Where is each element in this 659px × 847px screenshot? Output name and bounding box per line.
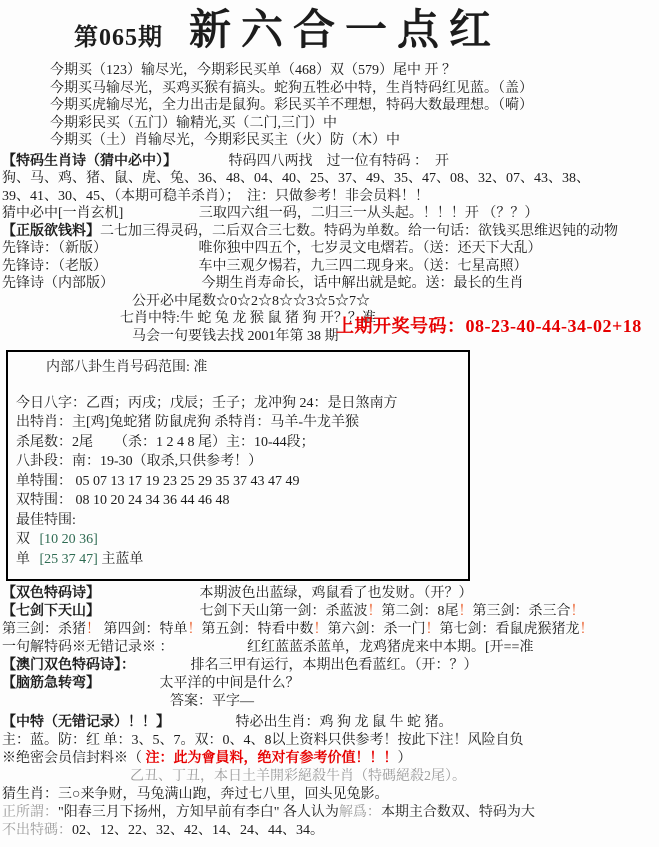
box-dan-row: 单 [25 37 47] 主蓝单 [16,550,464,570]
dan-numbers: [25 37 47] [40,552,98,567]
intro-line: 今期买虎输尽光，全力出击是鼠狗。彩民买羊不理想，特码大数最理想。（嗬） [2,97,655,115]
page-title: 新六合一点红 [189,10,501,52]
aomen-text: 排名三甲有运行，本期出色看蓝红。（开：？） [191,658,478,673]
zhengsuowei-text: "阳春三月下扬州，方知早前有李白" 各人认为 [58,805,339,820]
shengxiao-numbers-line2: 39、41、30、45、（本期可稳羊杀肖）； 注：只做参考！非会员料！！ [2,188,655,206]
buchu-line: 不出特碼：02、12、22、32、42、14、24、44、34。 [2,822,655,840]
xianfeng-label: 先锋诗（内部版） [2,276,114,291]
xianfeng-text: 车中三观夕惕若，九三四二现身来。（送：七星高照） [199,259,528,274]
qijian-seg: 第三剑：杀猪 [2,622,86,637]
intro-line: 今期彩民买（五门）输精光,买（二门,三门）中 [2,115,655,133]
box-zuijia: 最佳特围: [16,511,464,531]
qijian-seg: 第五剑：特看中数 [202,622,314,637]
qijian-line2: 第三剑：杀猪！ 第四剑：特单！第五剑：特看中数！第六剑：杀一门！第七剑：看鼠虎猴… [2,621,655,639]
section-header: 【双色特码诗】 [2,586,100,601]
issue-number: 第065期 [74,17,163,52]
box-baguaduan: 八卦段：南：19-30（取杀,只供参考！） [16,452,464,472]
huiyuan-note: 注：此为會員料，绝对有参考价值！！！ [146,751,398,766]
aomen-line: 【澳门双色特码诗】： 排名三甲有运行，本期出色看蓝红。（开：？） [2,657,655,675]
shuang-numbers: [10 20 36] [40,532,98,547]
zhu-line: 主：蓝。防：红 单：3、5、7。双：0、4、8以上资料只供参考！按此下注！风险自… [2,732,655,750]
box-bazi: 今日八字：乙酉；丙戌；戊辰；壬子；龙冲狗 24：是日煞南方 [16,394,464,414]
jiewei-label: 解爲： [339,805,381,820]
qijian-seg: 第三剑：杀三合 [473,604,571,619]
naojin-answer: 答案：平字— [2,693,655,711]
yuqian-text: 二七加三得灵码，二后双合三七数。特码为单数。给一句话：欲钱买思维迟钝的动物 [100,224,618,239]
xianfeng-label: 先锋诗：（新版） [2,241,107,256]
section-header: 【澳门双色特码诗】： [2,658,135,673]
box-title: 内部八卦生肖号码范围: 准 [16,358,464,378]
excl-mark: ！ [314,622,328,637]
shuangse-line: 【双色特码诗】 本期波色出蓝绿，鸡鼠看了也发财。（开？） [2,585,655,603]
section-header: 【特码生肖诗（猜中必中）】 [2,154,177,169]
excl-mark: ！ [426,622,440,637]
yijujie-label: 一句解特码※无错记录※ ： [2,640,174,655]
buchu-numbers: 02、12、22、32、42、14、24、44、34。 [72,823,324,838]
dan-label: 单 [16,552,30,567]
qijian-line1: 【七剑下天山】 七剑下天山第一剑：杀蓝波！第二剑：8尾！第三剑：杀三合！ [2,603,655,621]
zhengsuowei-line: 正所謂："阳春三月下扬州，方知早前有李白" 各人认为解爲：本期主合数双、特码为大 [2,804,655,822]
excl-mark: ！ [571,604,585,619]
excl-mark: ！ [368,604,382,619]
xianfeng-line: 先锋诗：（新版） 唯你独中四五个，七岁灵文电熠若。（送：还天下大乱） [2,240,655,258]
shengxiao-header-line: 【特码生肖诗（猜中必中）】 特码四八两找 过一位有特码 ： 开 [2,153,655,171]
zhongte-text: 特必出生肖：鸡 狗 龙 鼠 牛 蛇 猪。 [236,715,453,730]
xianfeng-text: 唯你独中四五个，七岁灵文电熠若。（送：还天下大乱） [199,241,542,256]
xianfeng-line: 先锋诗：（老版） 车中三观夕惕若，九三四二现身来。（送：七星高照） [2,258,655,276]
section-header: 【中特（无错记录）！！】 [2,715,170,730]
box-shuangtewei: 双特围： 08 10 20 24 34 36 44 46 48 [16,491,464,511]
yixiao-label: 猜中必中[一肖玄机] [2,206,123,221]
tip-sheet-page: 第065期 新六合一点红 今期买（123）输尽光，今期彩民买单（468）双（57… [0,0,659,840]
shengxiao-numbers-line1: 狗、马、鸡、猪、鼠、虎、兔、36、48、04、40、25、37、49、35、47… [2,170,655,188]
qijian-seg: 第四剑：特单 [100,622,188,637]
yichou-line: 乙丑、丁丑，本日土羊開彩絕殺牛肖（特碼絕殺2尾）。 [2,768,655,786]
qijian-seg: 第七剑：看鼠虎猴猪龙 [440,622,580,637]
xianfeng-text: 今期生肖寿命长，话中解出就是蛇。送：最长的生肖 [202,276,524,291]
intro-line: 今期买马输尽光，买鸡买猴有搞头。蛇狗五牲必中特，生肖特码红见蓝。（盖） [2,80,655,98]
box-dantewei: 单特围： 05 07 13 17 19 23 25 29 35 37 43 47… [16,472,464,492]
weishu-line: 公开必中尾数☆0☆2☆8☆☆3☆5☆7☆ [2,293,655,311]
zhengsuowei-label: 正所謂： [2,805,58,820]
naojin-question: 太平洋的中间是什么？ [160,676,300,691]
yijujie-text: 红红蓝蓝杀蓝单，龙鸡猪虎来中本期。[开==准 [247,640,533,655]
bagua-box: 内部八卦生肖号码范围: 准 今日八字：乙酉；丙戌；戊辰；壬子；龙冲狗 24：是日… [6,350,470,581]
yixiao-line: 猜中必中[一肖玄机] 三取四六组一码，二归三一从头起。！！！开 （？？） [2,205,655,223]
xianfeng-label: 先锋诗：（老版） [2,259,107,274]
excl-mark: ！ [188,622,202,637]
section-header: 【正版欲钱料】 [2,224,100,239]
huiyuan-prefix: ※绝密会员信封料※（ [2,751,146,766]
box-shaweishu: 杀尾数：2尾 （杀：1 2 4 8 尾）主：10-44段； [16,433,464,453]
yuqian-line: 【正版欲钱料】二七加三得灵码，二后双合三七数。特码为单数。给一句话：欲钱买思维迟… [2,223,655,241]
lower-sections: 【双色特码诗】 本期波色出蓝绿，鸡鼠看了也发财。（开？） 【七剑下天山】 七剑下… [2,585,655,840]
xianfeng-line: 先锋诗（内部版） 今期生肖寿命长，话中解出就是蛇。送：最长的生肖 [2,275,655,293]
intro-line: 今期买（123）输尽光，今期彩民买单（468）双（579）尾中 开 ？ [2,62,655,80]
shuangse-text: 本期波色出蓝绿，鸡鼠看了也发财。（开？） [200,586,473,601]
buchu-label: 不出特碼： [2,823,72,838]
intro-line: 今期买（土）肖输尽光，今期彩民买主（火）防（木）中 [2,132,655,150]
qijian-seg: 七剑下天山第一剑：杀蓝波 [200,604,368,619]
shengxiao-subtitle: 特码四八两找 过一位有特码 ： 开 [229,154,450,169]
box-chutexiao: 出特肖：主[鸡]兔蛇猪 防鼠虎狗 杀特肖：马羊-牛龙羊猴 [16,413,464,433]
zhengsuowei-text2: 本期主合数双、特码为大 [381,805,535,820]
huiyuan-line: ※绝密会员信封料※（ 注：此为會員料，绝对有参考价值！！！） [2,750,655,768]
yixiao-text: 三取四六组一码，二归三一从头起。！！！开 （？？） [199,206,539,221]
huiyuan-suffix: ） [398,751,412,766]
header: 第065期 新六合一点红 [2,10,655,52]
naojin-line: 【脑筋急转弯】 太平洋的中间是什么？ [2,675,655,693]
qijian-seg: 第二剑：8尾 [382,604,459,619]
shuang-label: 双 [16,532,30,547]
last-draw-numbers: 上期开奖号码：08-23-40-44-34-02+18 [336,312,642,338]
section-header: 【脑筋急转弯】 [2,676,100,691]
excl-mark: ！ [459,604,473,619]
qijian-seg: 第六剑：杀一门 [328,622,426,637]
excl-mark: ！ [86,622,100,637]
caishengxiao-line: 猜生肖：三○来争财，马兔满山跑，奔过七八里，回头见兔影。 [2,786,655,804]
zhongte-line: 【中特（无错记录）！！】 特必出生肖：鸡 狗 龙 鼠 牛 蛇 猪。 [2,714,655,732]
yijujie-line: 一句解特码※无错记录※ ： 红红蓝蓝杀蓝单，龙鸡猪虎来中本期。[开==准 [2,639,655,657]
box-shuang-row: 双 [10 20 36] [16,530,464,550]
section-header: 【七剑下天山】 [2,604,100,619]
excl-mark: ！ [580,622,594,637]
dan-suffix: 主蓝单 [101,552,143,567]
